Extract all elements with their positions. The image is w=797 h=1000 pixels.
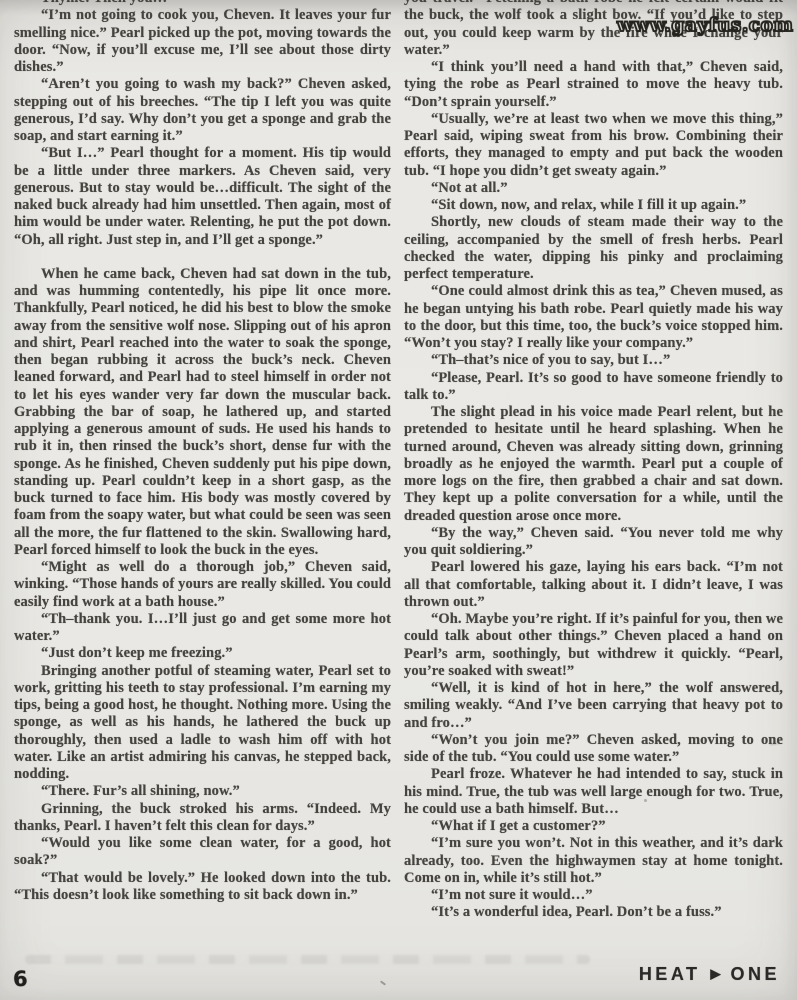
story-paragraph: “I think you’ll need a hand with that,” … xyxy=(404,59,783,111)
story-paragraph: The slight plead in his voice made Pearl… xyxy=(404,404,783,525)
ghost-text-smudge xyxy=(25,955,590,964)
story-paragraph: Pearl lowered his gaze, laying his ears … xyxy=(404,559,783,611)
story-paragraph: “That would be lovely.” He looked down i… xyxy=(14,870,391,905)
story-paragraph: “Th–thank you. I…I’ll just go and get so… xyxy=(14,611,391,646)
left-text-column: Thyme! Then you…“I’m not going to cook y… xyxy=(14,0,391,904)
story-paragraph: “Just don’t keep me freezing.” xyxy=(14,645,391,662)
story-paragraph: “Won’t you join me?” Cheven asked, movin… xyxy=(404,732,783,767)
story-paragraph: “What if I get a customer?” xyxy=(404,818,783,835)
story-paragraph: “It’s a wonderful idea, Pearl. Don’t be … xyxy=(404,904,783,921)
story-paragraph: Shortly, new clouds of steam made their … xyxy=(404,214,783,283)
page-number: 6 xyxy=(12,967,28,992)
story-paragraph: When he came back, Cheven had sat down i… xyxy=(14,266,391,559)
story-paragraph: “Sit down, now, and relax, while I fill … xyxy=(404,197,783,214)
story-paragraph: “Would you like some clean water, for a … xyxy=(14,835,391,870)
story-paragraph: Thyme! Then you… xyxy=(14,0,391,7)
story-paragraph: “Oh. Maybe you’re right. If it’s painful… xyxy=(404,611,783,680)
scan-speck xyxy=(380,980,386,985)
story-paragraph: Grinning, the buck stroked his arms. “In… xyxy=(14,801,391,836)
footer-magazine-title: HEAT xyxy=(639,964,701,985)
story-paragraph: “Might as well do a thorough job,” Cheve… xyxy=(14,559,391,611)
right-triangle-icon: ▶ xyxy=(710,966,720,982)
running-footer: HEAT ▶ ONE xyxy=(639,964,780,985)
watermark-url-text: www.gayfus.com xyxy=(617,15,793,36)
story-paragraph: “Aren’t you going to wash my back?” Chev… xyxy=(14,76,391,145)
story-paragraph: “I’m not sure it would…” xyxy=(404,887,783,904)
story-paragraph: “Well, it is kind of hot in here,” the w… xyxy=(404,680,783,732)
story-paragraph: “One could almost drink this as tea,” Ch… xyxy=(404,283,783,352)
story-paragraph: Pearl froze. Whatever he had intended to… xyxy=(404,766,783,818)
right-text-column: you travel.” Fetching a bath robe he fel… xyxy=(404,0,783,922)
story-paragraph: “Usually, we’re at least two when we mov… xyxy=(404,111,783,180)
story-paragraph: “I’m sure you won’t. Not in this weather… xyxy=(404,835,783,887)
story-paragraph: “Not at all.” xyxy=(404,180,783,197)
scanned-story-page: { "page": { "kind": "scanned magazine st… xyxy=(0,0,797,1000)
story-paragraph: Bringing another potful of steaming wate… xyxy=(14,663,391,784)
story-paragraph: “Please, Pearl. It’s so good to have som… xyxy=(404,370,783,405)
story-paragraph: “By the way,” Cheven said. “You never to… xyxy=(404,525,783,560)
footer-issue-label: ONE xyxy=(730,964,780,985)
story-paragraph: “There. Fur’s all shining, now.” xyxy=(14,783,391,800)
story-paragraph: “I’m not going to cook you, Cheven. It l… xyxy=(14,7,391,76)
story-paragraph: “But I…” Pearl thought for a moment. His… xyxy=(14,145,391,249)
story-paragraph: “Th–that’s nice of you to say, but I…” xyxy=(404,352,783,369)
